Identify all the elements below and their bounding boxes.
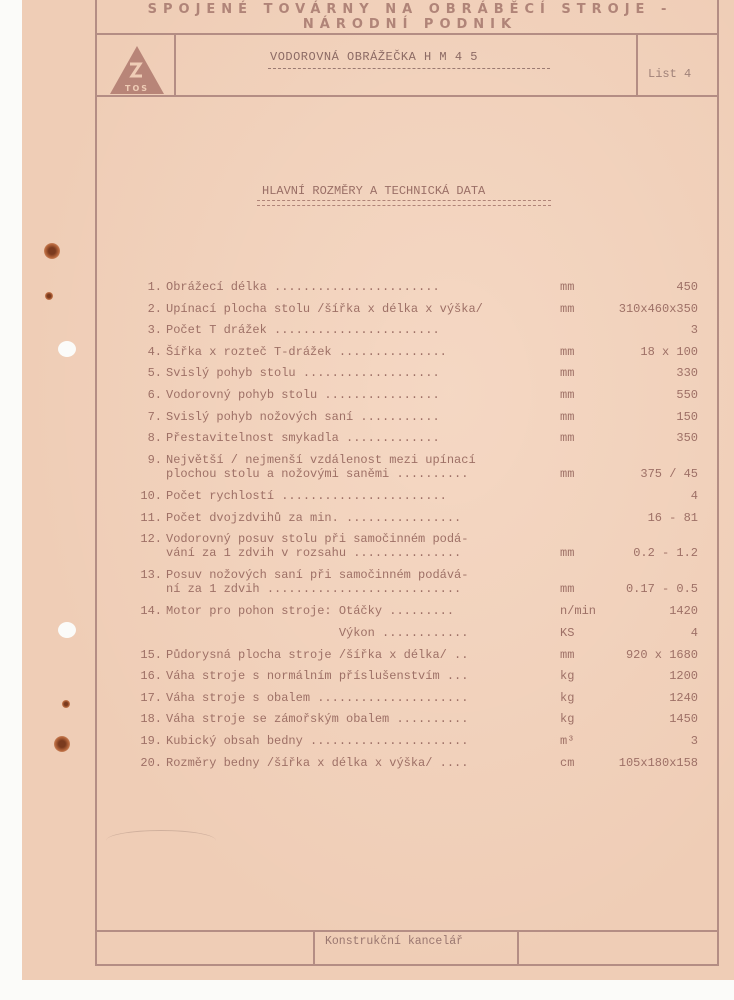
spec-number: 7. [136, 410, 162, 424]
spec-value: 18 x 100 [640, 345, 698, 359]
footer-rule [95, 930, 719, 932]
spec-unit: m³ [560, 734, 574, 748]
spec-number: 11. [136, 511, 162, 525]
spec-description: Vodorovný pohyb stolu ................ [166, 388, 440, 402]
spec-description: Počet dvojzdvihů za min. ...............… [166, 511, 461, 525]
spec-unit: kg [560, 712, 574, 726]
spec-unit: mm [560, 388, 574, 402]
section-heading: HLAVNÍ ROZMĚRY A TECHNICKÁ DATA [262, 184, 485, 198]
spec-description: Počet rychlostí ....................... [166, 489, 447, 503]
header-rule [95, 95, 719, 97]
spec-number: 12. [136, 532, 162, 546]
spec-row: 7.Svislý pohyb nožových saní ...........… [136, 410, 698, 424]
spec-unit: KS [560, 626, 574, 640]
spec-value: 16 - 81 [648, 511, 698, 525]
spec-value: 450 [676, 280, 698, 294]
spec-number: 20. [136, 756, 162, 770]
spec-value: 550 [676, 388, 698, 402]
spec-row: 9.Největší / nejmenší vzdálenost mezi up… [136, 453, 698, 481]
spec-unit: mm [560, 302, 574, 316]
footer-divider [313, 930, 315, 966]
spec-row: 13.Posuv nožových saní při samočinném po… [136, 568, 698, 596]
spec-description: Posuv nožových saní při samočinném podáv… [166, 568, 468, 596]
spec-description: Váha stroje s normálním příslušenstvím .… [166, 669, 468, 683]
spec-value: 920 x 1680 [626, 648, 698, 662]
spec-row: 18.Váha stroje se zámořským obalem .....… [136, 712, 698, 726]
spec-value: 1450 [669, 712, 698, 726]
spec-unit: mm [560, 345, 574, 359]
document-title: VODOROVNÁ OBRÁŽEČKA H M 4 5 [270, 50, 478, 64]
spec-row: 15.Půdorysná plocha stroje /šířka x délk… [136, 648, 698, 662]
spec-unit: mm [560, 582, 574, 596]
spec-value: 0.17 - 0.5 [626, 582, 698, 596]
spec-unit: mm [560, 410, 574, 424]
spec-description: Šířka x rozteč T-drážek ............... [166, 345, 447, 359]
spec-value: 4 [691, 489, 698, 503]
spec-description: Největší / nejmenší vzdálenost mezi upín… [166, 453, 476, 481]
spec-row: 17.Váha stroje s obalem ................… [136, 691, 698, 705]
spec-row: 19.Kubický obsah bedny .................… [136, 734, 698, 748]
spec-value: 350 [676, 431, 698, 445]
spec-unit: cm [560, 756, 574, 770]
spec-value: 0.2 - 1.2 [633, 546, 698, 560]
spec-row: 2.Upínací plocha stolu /šířka x délka x … [136, 302, 698, 316]
spec-value: 1240 [669, 691, 698, 705]
spec-number: 6. [136, 388, 162, 402]
spec-number: 14. [136, 604, 162, 618]
spec-row: 8.Přestavitelnost smykadla .............… [136, 431, 698, 445]
title-underline [268, 68, 550, 69]
spec-description: Váha stroje se zámořským obalem ........… [166, 712, 468, 726]
spec-description: Obrážecí délka ....................... [166, 280, 440, 294]
spec-value: 1200 [669, 669, 698, 683]
company-name: SPOJENÉ TOVÁRNY NA OBRÁBĚCÍ STROJE - NÁR… [100, 2, 720, 32]
spec-value: 330 [676, 366, 698, 380]
spec-value: 1420 [669, 604, 698, 618]
spec-unit: kg [560, 691, 574, 705]
spec-number: 13. [136, 568, 162, 582]
spec-value: 3 [691, 323, 698, 337]
footer-divider [517, 930, 519, 966]
spec-unit: mm [560, 546, 574, 560]
department-label: Konstrukční kancelář [325, 935, 463, 948]
spec-number: 16. [136, 669, 162, 683]
spec-number: 15. [136, 648, 162, 662]
pencil-mark [106, 830, 216, 851]
header-divider [636, 33, 638, 95]
spec-description: Svislý pohyb nožových saní ........... [166, 410, 440, 424]
spec-row: 16.Váha stroje s normálním příslušenství… [136, 669, 698, 683]
spec-description: Váha stroje s obalem ...................… [166, 691, 468, 705]
spec-number: 3. [136, 323, 162, 337]
spec-value: 105x180x158 [619, 756, 698, 770]
rust-stain [45, 292, 53, 300]
spec-number: 4. [136, 345, 162, 359]
spec-number: 10. [136, 489, 162, 503]
spec-row: 1.Obrážecí délka .......................… [136, 280, 698, 294]
spec-number: 19. [136, 734, 162, 748]
rust-stain [62, 700, 70, 708]
header-rule [95, 33, 719, 35]
spec-row: Výkon ............KS4 [136, 626, 698, 640]
spec-description: Výkon ............ [166, 626, 468, 640]
tos-triangle-logo-icon: TOS [108, 44, 166, 96]
spec-number: 2. [136, 302, 162, 316]
spec-number: 5. [136, 366, 162, 380]
sheet-number: List 4 [648, 67, 691, 81]
spec-unit: n/min [560, 604, 596, 618]
spec-description: Svislý pohyb stolu ................... [166, 366, 440, 380]
spec-row: 10.Počet rychlostí .....................… [136, 489, 698, 503]
spec-unit: mm [560, 431, 574, 445]
spec-unit: kg [560, 669, 574, 683]
spec-unit: mm [560, 467, 574, 481]
rust-stain [44, 243, 60, 259]
spec-description: Vodorovný posuv stolu při samočinném pod… [166, 532, 468, 560]
punch-hole [58, 622, 76, 638]
spec-unit: mm [560, 366, 574, 380]
spec-row: 4.Šířka x rozteč T-drážek ..............… [136, 345, 698, 359]
spec-description: Přestavitelnost smykadla ............. [166, 431, 440, 445]
spec-description: Kubický obsah bedny ....................… [166, 734, 468, 748]
spec-row: 11.Počet dvojzdvihů za min. ............… [136, 511, 698, 525]
spec-value: 375 / 45 [640, 467, 698, 481]
spec-value: 3 [691, 734, 698, 748]
spec-number: 18. [136, 712, 162, 726]
spec-description: Půdorysná plocha stroje /šířka x délka/ … [166, 648, 468, 662]
spec-row: 20.Rozměry bedny /šířka x délka x výška/… [136, 756, 698, 770]
spec-value: 150 [676, 410, 698, 424]
spec-description: Upínací plocha stolu /šířka x délka x vý… [166, 302, 483, 316]
punch-hole [58, 341, 76, 357]
page-frame [95, 0, 719, 966]
header-divider [174, 33, 176, 95]
spec-description: Motor pro pohon stroje: Otáčky ......... [166, 604, 454, 618]
heading-double-underline [257, 200, 551, 206]
spec-value: 4 [691, 626, 698, 640]
spec-row: 5.Svislý pohyb stolu ...................… [136, 366, 698, 380]
spec-number: 9. [136, 453, 162, 467]
spec-row: 3.Počet T drážek .......................… [136, 323, 698, 337]
spec-unit: mm [560, 648, 574, 662]
spec-number: 1. [136, 280, 162, 294]
svg-text:TOS: TOS [125, 84, 149, 93]
rust-stain [54, 736, 70, 752]
spec-description: Počet T drážek ....................... [166, 323, 440, 337]
spec-value: 310x460x350 [619, 302, 698, 316]
spec-row: 14.Motor pro pohon stroje: Otáčky ......… [136, 604, 698, 618]
spec-description: Rozměry bedny /šířka x délka x výška/ ..… [166, 756, 468, 770]
spec-number: 8. [136, 431, 162, 445]
spec-row: 12.Vodorovný posuv stolu při samočinném … [136, 532, 698, 560]
spec-row: 6.Vodorovný pohyb stolu ................… [136, 388, 698, 402]
spec-unit: mm [560, 280, 574, 294]
spec-number: 17. [136, 691, 162, 705]
